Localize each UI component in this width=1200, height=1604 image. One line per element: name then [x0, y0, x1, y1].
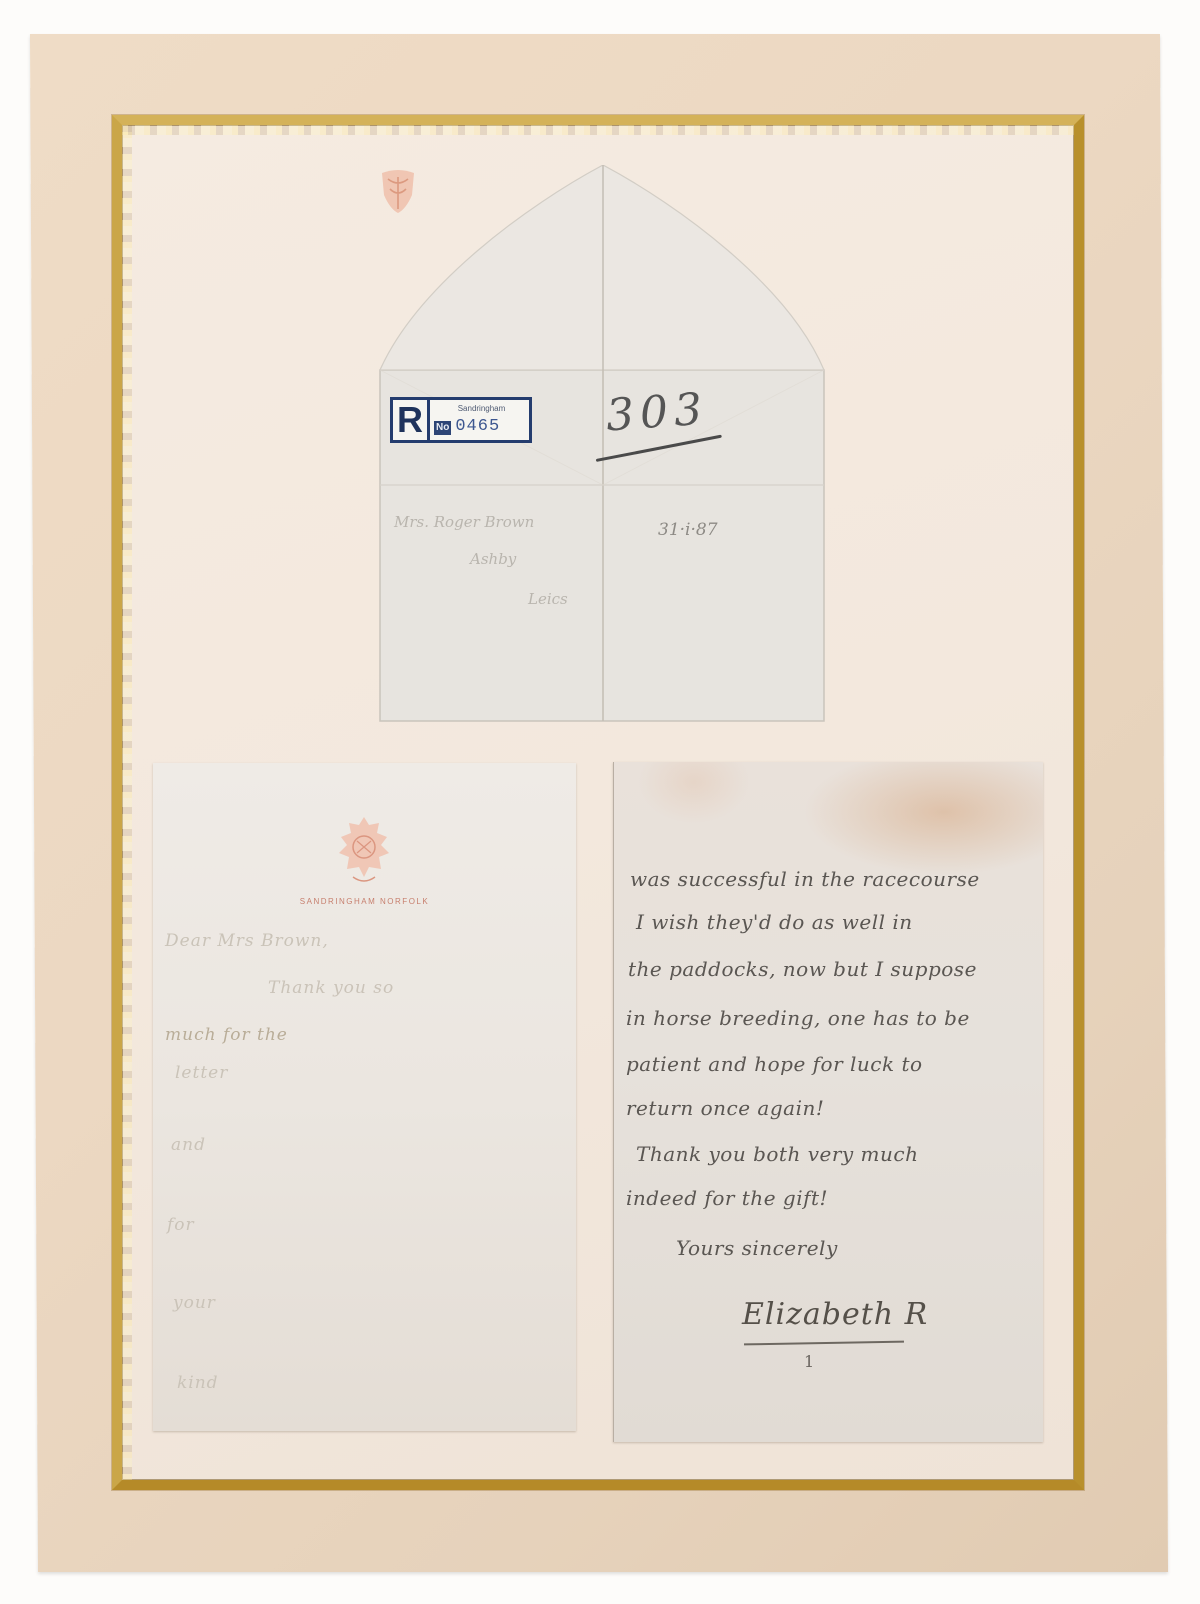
handwritten-line-8: indeed for the gift! [626, 1186, 828, 1210]
closing-line: Yours sincerely [676, 1236, 838, 1260]
address-line-1: Mrs. Roger Brown [394, 513, 534, 531]
address-line-2: Ashby [470, 550, 516, 568]
letter-page-right: was successful in the racecourse I wish … [613, 762, 1043, 1442]
registration-office: Sandringham [434, 400, 529, 416]
handwritten-line-7: Thank you both very much [636, 1142, 918, 1166]
signature-underline [744, 1341, 904, 1346]
signature: Elizabeth R [742, 1297, 928, 1332]
faint-line-1: Dear Mrs Brown, [165, 931, 329, 951]
faint-line-5: and [171, 1135, 206, 1155]
handwritten-line-4: in horse breeding, one has to be [626, 1006, 970, 1030]
royal-coat-of-arms-icon [335, 815, 393, 887]
faint-line-4: letter [175, 1063, 228, 1083]
registration-no-label: No [434, 421, 451, 435]
envelope-shape [378, 165, 826, 723]
envelope-date: 31·i·87 [658, 520, 718, 540]
registration-r: R [393, 400, 430, 440]
handwritten-line-5: patient and hope for luck to [626, 1052, 923, 1076]
letterhead-address: SANDRINGHAM NORFOLK [153, 897, 576, 906]
letter-page-left: SANDRINGHAM NORFOLK Dear Mrs Brown, Than… [153, 763, 576, 1431]
lot-number: 303 [604, 384, 709, 442]
faint-line-6: for [167, 1215, 195, 1235]
registration-label: R Sandringham No 0465 [390, 397, 532, 443]
page-number: 1 [804, 1352, 814, 1371]
faint-line-7: your [173, 1293, 216, 1313]
faint-line-8: kind [177, 1373, 219, 1393]
faint-line-2: Thank you so [268, 978, 394, 998]
handwritten-line-1: was successful in the racecourse [630, 867, 980, 891]
framed-letter-photo: R Sandringham No 0465 303 Mrs. Roger Bro… [0, 0, 1200, 1604]
envelope: R Sandringham No 0465 303 Mrs. Roger Bro… [378, 165, 826, 723]
royal-cypher-crest-icon [378, 165, 418, 215]
handwritten-line-6: return once again! [626, 1096, 824, 1120]
handwritten-line-2: I wish they'd do as well in [636, 910, 913, 934]
faint-line-3: much for the [165, 1025, 288, 1045]
address-line-3: Leics [528, 590, 568, 608]
handwritten-line-3: the paddocks, now but I suppose [628, 957, 977, 981]
registration-number: 0465 [455, 416, 500, 438]
